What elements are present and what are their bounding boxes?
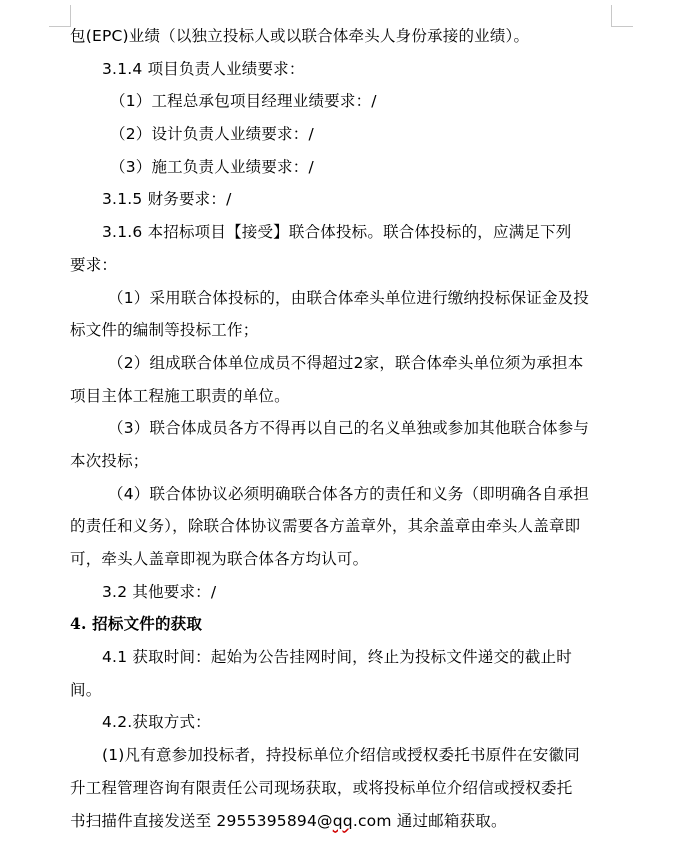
paragraph-line: 可，牵头人盖章即视为联合体各方均认可。 bbox=[70, 543, 612, 576]
paragraph-line: 升工程管理咨询有限责任公司现场获取，或将投标单位介绍信或授权委托 bbox=[70, 772, 612, 805]
section-4-1-time: 4.1 获取时间：起始为公告挂网时间，终止为投标文件递交的截止时 bbox=[70, 641, 612, 674]
paragraph-line: 标文件的编制等投标工作； bbox=[70, 314, 612, 347]
list-item-pm-requirement: （1）工程总承包项目经理业绩要求：/ bbox=[70, 85, 612, 118]
paragraph-line-email: 书扫描件直接发送至 2955395894@qq.com 通过邮箱获取。 bbox=[70, 805, 612, 838]
paragraph-line: 间。 bbox=[70, 674, 612, 707]
list-item-construction-requirement: （3）施工负责人业绩要求：/ bbox=[70, 151, 612, 184]
email-domain: qq bbox=[333, 812, 353, 830]
consortium-item-3: （3）联合体成员各方不得再以自己的名义单独或参加其他联合体参与 bbox=[70, 412, 612, 445]
list-item-design-requirement: （2）设计负责人业绩要求：/ bbox=[70, 118, 612, 151]
section-3-1-6-consortium: 3.1.6 本招标项目【接受】联合体投标。联合体投标的，应满足下列 bbox=[70, 216, 612, 249]
paragraph-line: 要求： bbox=[70, 249, 612, 282]
section-3-1-5-finance: 3.1.5 财务要求：/ bbox=[70, 183, 612, 216]
section-4-heading: 4. 招标文件的获取 bbox=[70, 608, 612, 641]
section-3-1-4-heading: 3.1.4 项目负责人业绩要求： bbox=[70, 53, 612, 86]
paragraph-line: 的责任和义务），除联合体协议需要各方盖章外，其余盖章由牵头人盖章即 bbox=[70, 510, 612, 543]
email-prefix-text: 书扫描件直接发送至 2955395894@ bbox=[70, 812, 333, 830]
email-suffix-text: .com 通过邮箱获取。 bbox=[353, 812, 507, 830]
paragraph-line: 包(EPC)业绩（以独立投标人或以联合体牵头人身份承接的业绩）。 bbox=[70, 20, 612, 53]
document-page[interactable]: 包(EPC)业绩（以独立投标人或以联合体牵头人身份承接的业绩）。 3.1.4 项… bbox=[70, 20, 612, 837]
section-4-2-method: 4.2.获取方式： bbox=[70, 706, 612, 739]
paragraph-line: 本次投标； bbox=[70, 445, 612, 478]
section-3-2-other: 3.2 其他要求：/ bbox=[70, 576, 612, 609]
page-corner-mark-left bbox=[49, 5, 71, 27]
spellcheck-underlined-text: qq bbox=[333, 812, 353, 830]
consortium-item-1: （1）采用联合体投标的，由联合体牵头单位进行缴纳投标保证金及投 bbox=[70, 282, 612, 315]
method-item-1: (1)凡有意参加投标者，持投标单位介绍信或授权委托书原件在安徽同 bbox=[70, 739, 612, 772]
consortium-item-4: （4）联合体协议必须明确联合体各方的责任和义务（即明确各自承担 bbox=[70, 478, 612, 511]
consortium-item-2: （2）组成联合体单位成员不得超过2家，联合体牵头单位须为承担本 bbox=[70, 347, 612, 380]
page-corner-mark-right bbox=[611, 5, 633, 27]
paragraph-line: 项目主体工程施工职责的单位。 bbox=[70, 380, 612, 413]
